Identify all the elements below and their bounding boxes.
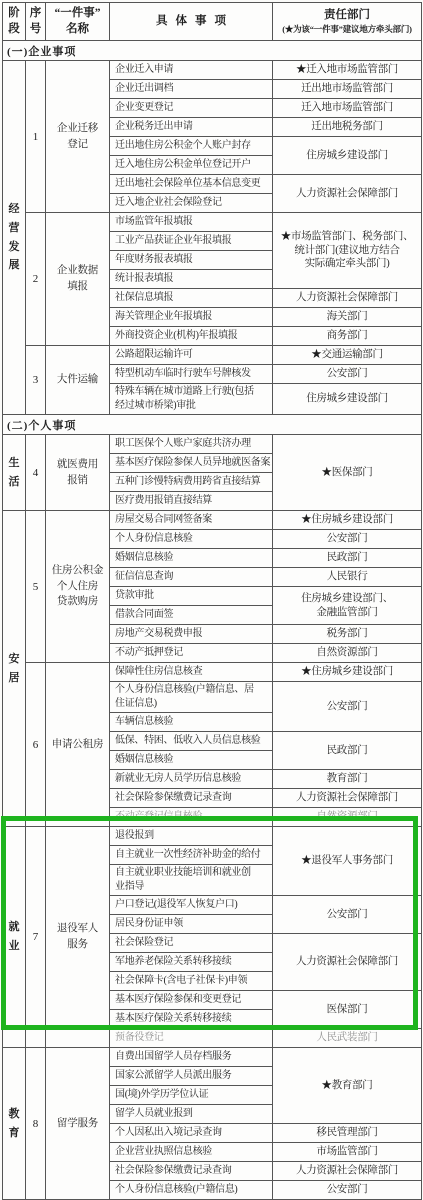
department-cell: 公安部门	[273, 896, 422, 934]
department-cell: 市场监管部门	[273, 1143, 422, 1162]
department-cell: ★市场监管部门、税务部门、 统计部门(建议地方结合 实际确定牵头部门)	[273, 213, 422, 289]
item-cell: 国家公派留学人员派出服务	[110, 1067, 273, 1086]
department-cell: 人力资源社会保障部门	[273, 1162, 422, 1181]
department-cell: ★教育部门	[273, 1048, 422, 1124]
department-cell: 住房城乡建设部门、 金融监管部门	[273, 587, 422, 625]
one-thing-name-cell: 申请公租房	[46, 663, 110, 827]
item-cell: 国(境)外学历学位认证	[110, 1086, 273, 1105]
dept-header-title: 责任部门	[324, 9, 370, 21]
serial-cell: 2	[26, 213, 46, 346]
table-row: 就 业7退役军人 服务退役报到★退役军人事务部门	[3, 827, 422, 846]
serial-cell: 5	[26, 511, 46, 663]
item-cell: 不动产登记信息核验	[110, 808, 273, 827]
department-cell: 公安部门	[273, 682, 422, 732]
item-cell: 贷款审批	[110, 587, 273, 606]
col-header-name: “一件事” 名称	[46, 3, 110, 41]
one-thing-name-cell: 企业数据 填报	[46, 213, 110, 346]
item-cell: 户口登记(退役军人恢复户口)	[110, 896, 273, 915]
item-cell: 婚姻信息核验	[110, 549, 273, 568]
item-cell: 市场监管年报填报	[110, 213, 273, 232]
item-cell: 社会保障卡(含电子社保卡)申领	[110, 972, 273, 991]
department-cell: 人力资源社会保障部门	[273, 289, 422, 308]
item-cell: 预备役登记	[110, 1029, 273, 1048]
item-cell: 公路超限运输许可	[110, 346, 273, 365]
one-thing-name-cell: 企业迁移 登记	[46, 61, 110, 213]
item-cell: 职工医保个人账户家庭共济办理	[110, 435, 273, 454]
department-cell: 人民武装部门	[273, 1029, 422, 1048]
department-cell: ★住房城乡建设部门	[273, 511, 422, 530]
item-cell: 基本医疗保险关系转移接续	[110, 1010, 273, 1029]
item-cell: 自主就业一次性经济补助金的给付	[110, 846, 273, 865]
item-cell: 个人因私出入境记录查询	[110, 1124, 273, 1143]
table-row: 生 活4就医费用 报销职工医保个人账户家庭共济办理★医保部门	[3, 435, 422, 454]
item-cell: 借款合同面签	[110, 606, 273, 625]
item-cell: 年度财务报表填报	[110, 251, 273, 270]
item-cell: 房屋交易合同网签备案	[110, 511, 273, 530]
item-cell: 保障性住房信息核查	[110, 663, 273, 682]
item-cell: 统计报表填报	[110, 270, 273, 289]
item-cell: 医疗费用报销直接结算	[110, 492, 273, 511]
serial-cell: 4	[26, 435, 46, 511]
item-cell: 五种门诊慢特病费用跨省直接结算	[110, 473, 273, 492]
item-cell: 迁出地社会保险单位基本信息变更	[110, 175, 273, 194]
item-cell: 不动产抵押登记	[110, 644, 273, 663]
one-thing-name-cell: 退役军人 服务	[46, 827, 110, 1048]
item-cell: 企业迁入申请	[110, 61, 273, 80]
item-cell: 社保信息填报	[110, 289, 273, 308]
item-cell: 特型机动车临时行驶车号牌核发	[110, 365, 273, 384]
table-row: 3大件运输公路超限运输许可★交通运输部门	[3, 346, 422, 365]
department-cell: 住房城乡建设部门	[273, 384, 422, 415]
item-cell: 海关管理企业年报填报	[110, 308, 273, 327]
col-header-stage: 阶段	[3, 3, 26, 41]
document-page: 阶段 序号 “一件事” 名称 具体事项 责任部门(★为该“一件事”建议地方牵头部…	[0, 0, 423, 1200]
department-cell: 迁出地税务部门	[273, 118, 422, 137]
item-cell: 社会保险参保缴费记录查询	[110, 789, 273, 808]
department-cell: 移民管理部门	[273, 1124, 422, 1143]
item-cell: 社会保险参保缴费记录查询	[110, 1162, 273, 1181]
department-cell: 迁入地市场监管部门	[273, 99, 422, 118]
item-cell: 新就业无房人员学历信息核验	[110, 770, 273, 789]
serial-cell: 7	[26, 827, 46, 1048]
col-header-serial: 序号	[26, 3, 46, 41]
department-cell: 海关部门	[273, 308, 422, 327]
department-cell: 税务部门	[273, 625, 422, 644]
item-cell: 车辆信息核验	[110, 713, 273, 732]
item-cell: 居民身份证申领	[110, 915, 273, 934]
services-table: 阶段 序号 “一件事” 名称 具体事项 责任部门(★为该“一件事”建议地方牵头部…	[2, 2, 422, 1200]
item-cell: 留学人员就业报到	[110, 1105, 273, 1124]
item-cell: 迁入地企业社会保险登记	[110, 194, 273, 213]
department-cell: ★交通运输部门	[273, 346, 422, 365]
department-cell: ★住房城乡建设部门	[273, 663, 422, 682]
item-cell: 征信信息查询	[110, 568, 273, 587]
col-header-dept: 责任部门(★为该“一件事”建议地方牵头部门)	[273, 3, 422, 41]
col-header-items: 具体事项	[110, 3, 273, 41]
stage-cell: 就 业	[3, 827, 26, 1048]
item-cell: 个人身份信息核验(户籍信息、居 住证信息)	[110, 682, 273, 713]
department-cell: 迁出地市场监管部门	[273, 80, 422, 99]
table-row: 6申请公租房保障性住房信息核查★住房城乡建设部门	[3, 663, 422, 682]
item-cell: 企业营业执照信息核验	[110, 1143, 273, 1162]
department-cell: 自然资源部门	[273, 644, 422, 663]
section-row: (一)企业事项	[3, 41, 422, 61]
department-cell: 人力资源社会保障部门	[273, 175, 422, 213]
department-cell: 民政部门	[273, 549, 422, 568]
one-thing-name-cell: 就医费用 报销	[46, 435, 110, 511]
dept-header-note: (★为该“一件事”建议地方牵头部门)	[273, 24, 421, 35]
serial-cell: 1	[26, 61, 46, 213]
one-thing-name-cell: 留学服务	[46, 1048, 110, 1200]
table-row: 教 育8留学服务自费出国留学人员存档服务★教育部门	[3, 1048, 422, 1067]
item-cell: 低保、特困、低收入人员信息核验	[110, 732, 273, 751]
department-cell: ★迁入地市场监管部门	[273, 61, 422, 80]
item-cell: 工业产品获证企业年报填报	[110, 232, 273, 251]
item-cell: 基本医疗保险参保人员异地就医备案	[110, 454, 273, 473]
stage-cell: 生 活	[3, 435, 26, 511]
section-label: (一)企业事项	[3, 41, 422, 61]
item-cell: 企业税务迁出申请	[110, 118, 273, 137]
item-cell: 个人身份信息核验(户籍信息)	[110, 1181, 273, 1200]
one-thing-name-cell: 住房公积金 个人住房 贷款购房	[46, 511, 110, 663]
department-cell: 民政部门	[273, 732, 422, 770]
department-cell: ★医保部门	[273, 435, 422, 511]
department-cell: 公安部门	[273, 365, 422, 384]
item-cell: 基本医疗保险参保和变更登记	[110, 991, 273, 1010]
item-cell: 企业迁出调档	[110, 80, 273, 99]
serial-cell: 8	[26, 1048, 46, 1200]
department-cell: 商务部门	[273, 327, 422, 346]
item-cell: 迁出地住房公积金个人账户封存	[110, 137, 273, 156]
one-thing-name-cell: 大件运输	[46, 346, 110, 415]
item-cell: 特殊车辆在城市道路上行驶(包括 经过城市桥梁)审批	[110, 384, 273, 415]
item-cell: 外商投资企业(机构)年报填报	[110, 327, 273, 346]
department-cell: 人力资源社会保障部门	[273, 934, 422, 991]
table-row: 经 营 发 展1企业迁移 登记企业迁入申请★迁入地市场监管部门	[3, 61, 422, 80]
table-row: 2企业数据 填报市场监管年报填报★市场监管部门、税务部门、 统计部门(建议地方结…	[3, 213, 422, 232]
item-cell: 企业变更登记	[110, 99, 273, 118]
stage-cell: 教 育	[3, 1048, 26, 1200]
item-cell: 退役报到	[110, 827, 273, 846]
item-cell: 个人身份信息核验	[110, 530, 273, 549]
item-cell: 社会保险登记	[110, 934, 273, 953]
stage-cell: 安 居	[3, 511, 26, 827]
department-cell: 人民银行	[273, 568, 422, 587]
stage-cell: 经 营 发 展	[3, 61, 26, 415]
item-cell: 婚姻信息核验	[110, 751, 273, 770]
header-row: 阶段 序号 “一件事” 名称 具体事项 责任部门(★为该“一件事”建议地方牵头部…	[3, 3, 422, 41]
department-cell: 公安部门	[273, 530, 422, 549]
department-cell: 住房城乡建设部门	[273, 137, 422, 175]
item-cell: 房地产交易税费申报	[110, 625, 273, 644]
department-cell: 公安部门	[273, 1181, 422, 1200]
department-cell: ★退役军人事务部门	[273, 827, 422, 896]
table-row: 安 居5住房公积金 个人住房 贷款购房房屋交易合同网签备案★住房城乡建设部门	[3, 511, 422, 530]
department-cell: 自然资源部门	[273, 808, 422, 827]
section-label: (二)个人事项	[3, 415, 422, 435]
department-cell: 人力资源社会保障部门	[273, 789, 422, 808]
item-cell: 军地养老保险关系转移接续	[110, 953, 273, 972]
serial-cell: 3	[26, 346, 46, 415]
item-cell: 自费出国留学人员存档服务	[110, 1048, 273, 1067]
department-cell: 教育部门	[273, 770, 422, 789]
department-cell: 医保部门	[273, 991, 422, 1029]
section-row: (二)个人事项	[3, 415, 422, 435]
serial-cell: 6	[26, 663, 46, 827]
item-cell: 迁入地住房公积金单位登记开户	[110, 156, 273, 175]
item-cell: 自主就业职业技能培训和就业创 业指导	[110, 865, 273, 896]
